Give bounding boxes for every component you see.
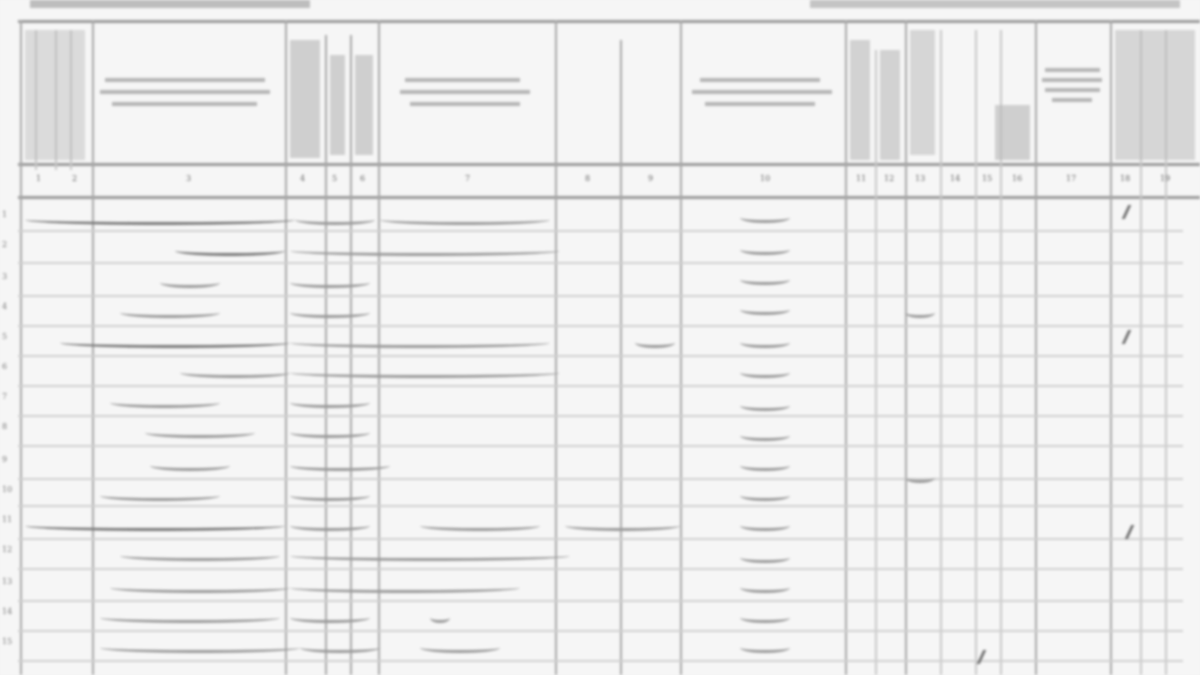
col-rule <box>20 20 22 675</box>
colnum-19: 19 <box>1160 174 1170 183</box>
line-number: 11 <box>2 515 12 524</box>
handwritten-name <box>175 243 285 256</box>
line-number: 6 <box>2 362 7 371</box>
line-number: 13 <box>2 577 12 586</box>
census-page-scan: [illegible heading, 3 lines] [illegible … <box>0 0 1200 675</box>
header-bottom-rule <box>18 163 1200 166</box>
handwritten-name <box>150 458 230 471</box>
line-number: 12 <box>2 545 12 554</box>
colnum-14: 14 <box>950 174 960 183</box>
tick-mark <box>1122 330 1132 344</box>
colnum-2: 2 <box>72 174 77 183</box>
colnum-3: 3 <box>186 174 191 183</box>
handwritten-name <box>100 488 220 501</box>
line-number: 9 <box>2 455 7 464</box>
line-number: 1 <box>2 210 7 219</box>
colnum-10: 10 <box>760 174 770 183</box>
colnum-11: 11 <box>856 174 866 183</box>
handwritten-name <box>180 365 290 378</box>
colnum-8: 8 <box>585 174 590 183</box>
handwritten-name <box>100 610 280 623</box>
line-number: 5 <box>2 332 7 341</box>
handwritten-name <box>110 580 290 593</box>
handwritten-name <box>110 395 220 408</box>
colnum-16: 16 <box>1012 174 1022 183</box>
handwritten-name <box>120 548 280 561</box>
line-number: 8 <box>2 422 7 431</box>
line-number: 15 <box>2 637 12 646</box>
handwritten-name <box>120 305 220 318</box>
line-number: 14 <box>2 607 12 616</box>
colnum-1: 1 <box>36 174 41 183</box>
handwritten-name <box>100 640 300 653</box>
tick-mark <box>1122 205 1132 219</box>
colnum-4: 4 <box>300 174 305 183</box>
page-top-edge <box>0 0 1200 14</box>
colnum-6: 6 <box>360 174 365 183</box>
colnum-12: 12 <box>884 174 894 183</box>
colnum-17: 17 <box>1066 174 1076 183</box>
colnum-5: 5 <box>332 174 337 183</box>
line-number: 7 <box>2 392 7 401</box>
colnum-7: 7 <box>465 174 470 183</box>
colnum-18: 18 <box>1120 174 1130 183</box>
handwritten-name <box>160 275 220 288</box>
line-number: 10 <box>2 485 12 494</box>
line-number: 3 <box>2 272 7 281</box>
handwritten-name <box>25 518 285 531</box>
handwritten-name <box>60 335 290 348</box>
header-top-rule <box>18 20 1200 23</box>
line-number: 4 <box>2 302 7 311</box>
line-number: 2 <box>2 240 7 249</box>
tick-mark <box>1125 525 1135 539</box>
handwritten-name <box>145 425 255 438</box>
colnum-15: 15 <box>982 174 992 183</box>
colnum-13: 13 <box>915 174 925 183</box>
colnum-9: 9 <box>648 174 653 183</box>
colnum-bottom-rule <box>18 196 1200 199</box>
handwritten-name <box>25 212 295 225</box>
